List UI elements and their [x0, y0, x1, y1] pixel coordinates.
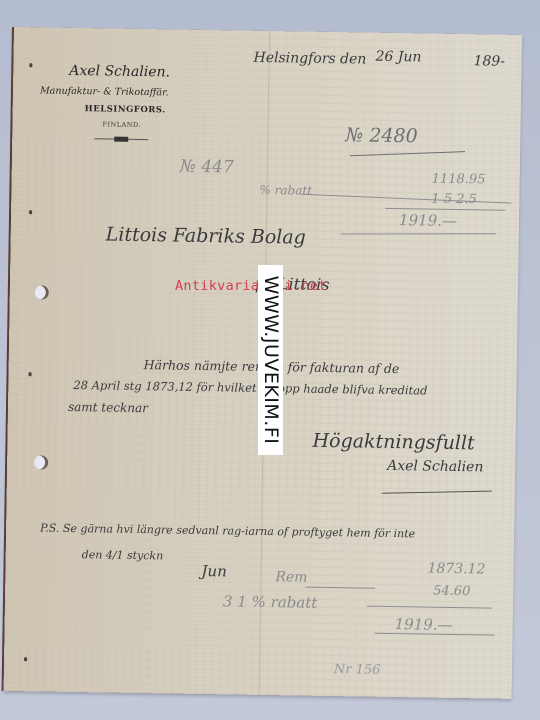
dateline-place: Helsingfors den: [253, 50, 366, 68]
pencil-amount-2: 1 5 2.5: [431, 192, 477, 208]
pin-mark: [29, 372, 32, 376]
dateline-day-month: 26 Jun: [375, 49, 421, 66]
letterhead-country: FINLAND.: [102, 120, 141, 129]
letterhead-city: HELSINGFORS.: [85, 104, 166, 115]
calc-label-2: 3 1 % rabatt: [223, 592, 318, 611]
postscript-mark: Jun: [201, 562, 227, 580]
watermark-juvekim: WWW.JUVEKIM.FI: [258, 265, 283, 455]
calc-value-2: 54.60: [433, 584, 470, 600]
pin-mark: [29, 63, 32, 67]
pencil-bottom-note: Nr 156: [334, 662, 381, 678]
pencil-note-label: % rabatt: [259, 183, 312, 198]
signature: Axel Schalien: [387, 458, 484, 476]
pin-mark: [24, 657, 27, 661]
calc-label-1: Rem: [275, 569, 307, 586]
calc-value-1: 1873.12: [427, 561, 485, 578]
body-line-3: samt tecknar: [68, 400, 148, 415]
pencil-amount-total: 1919.—: [399, 211, 457, 230]
letterhead-name: Axel Schalien.: [69, 63, 170, 81]
watermark-juvekim-text: WWW.JUVEKIM.FI: [260, 276, 282, 445]
postscript-line-2: den 4/1 styckn: [82, 548, 164, 562]
watermark-antikvariaatti: Antikvariaatti.net: [175, 278, 327, 294]
pencil-note-number: № 447: [180, 157, 234, 178]
punch-hole-icon: [35, 285, 49, 299]
calc-total: 1919.—: [395, 615, 453, 634]
dateline-year: 189-: [473, 53, 505, 69]
recipient-name: Littois Fabriks Bolag: [106, 223, 306, 248]
reference-number: № 2480: [345, 124, 418, 147]
pencil-amount-1: 1118.95: [432, 172, 486, 188]
closing-salutation: Högaktningsfullt: [312, 430, 474, 455]
pin-mark: [29, 210, 32, 214]
letterhead-business: Manufaktur- & Trikotaffär.: [40, 85, 169, 98]
